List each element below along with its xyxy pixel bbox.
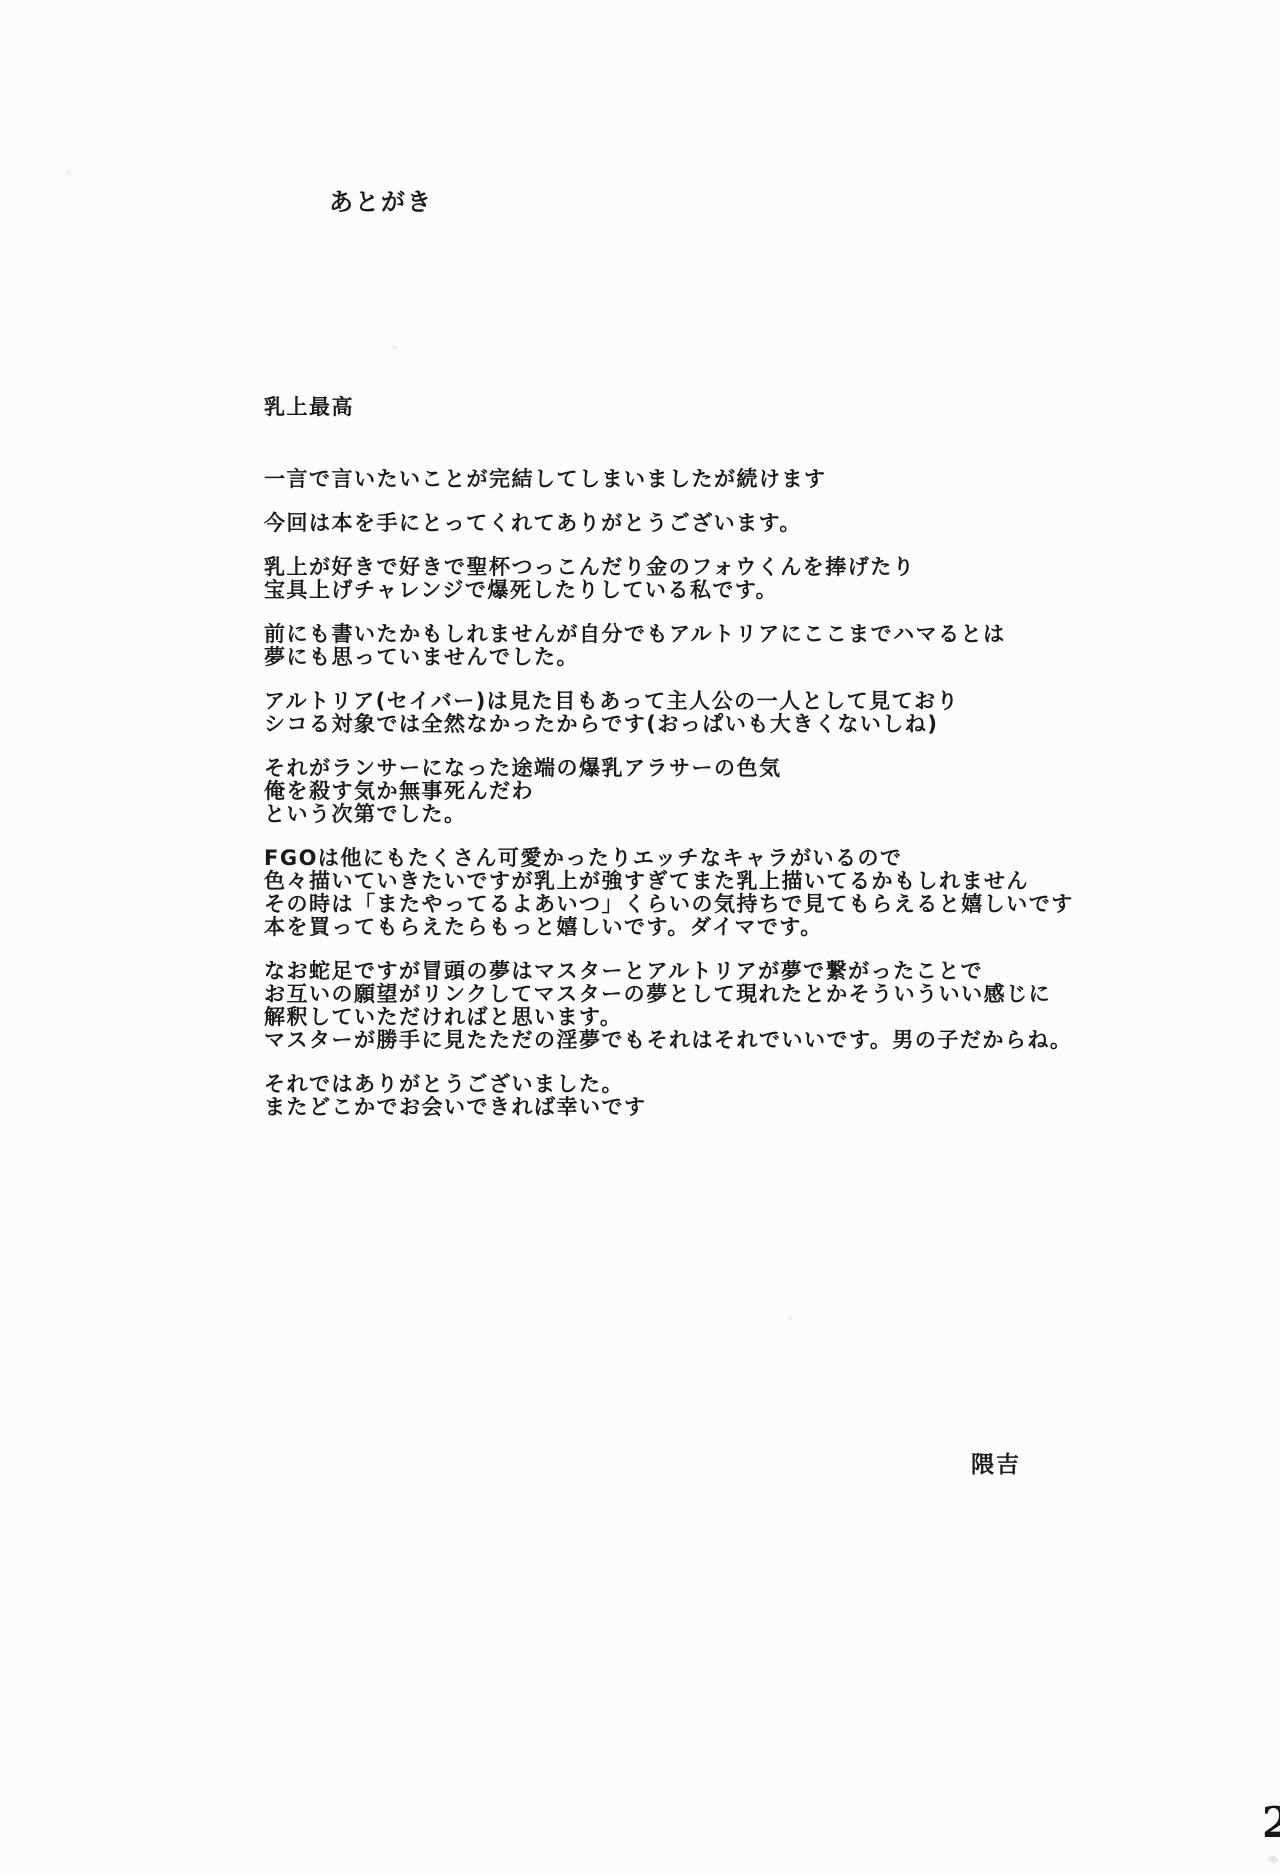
paragraph-line: FGOは他にもたくさん可愛かったりエッチなキャラがいるので (264, 847, 1124, 870)
paragraph-line: それではありがとうございました。 (264, 1073, 1124, 1096)
afterword-body: 乳上最高一言で言いたいことが完結してしまいましたが続けます今回は本を手にとってく… (264, 396, 1124, 1140)
paragraph: それではありがとうございました。またどこかでお会いできれば幸いです (264, 1073, 1124, 1119)
paragraph-line: お互いの願望がリンクしてマスターの夢として現れたとかそういういい感じに (264, 983, 1124, 1006)
paragraph-line: という次第でした。 (264, 803, 1124, 826)
page-number: 2 (1262, 1798, 1280, 1847)
paragraph-line: 俺を殺す気か無事死んだわ (264, 780, 1124, 803)
paragraph-line: それがランサーになった途端の爆乳アラサーの色気 (264, 757, 1124, 780)
paragraph-line: その時は「またやってるよあいつ」くらいの気持ちで見てもらえると嬉しいです (264, 893, 1124, 916)
paragraph-line: 夢にも思っていませんでした。 (264, 646, 1124, 669)
paragraph: FGOは他にもたくさん可愛かったりエッチなキャラがいるので色々描いていきたいです… (264, 847, 1124, 939)
author-signature: 隈吉 (971, 1446, 1021, 1479)
paragraph-line: 乳上最高 (264, 396, 1124, 419)
paragraph-line: アルトリア(セイバー)は見た目もあって主人公の一人として見ており (264, 690, 1124, 713)
paragraph: 今回は本を手にとってくれてありがとうございます。 (264, 512, 1124, 535)
paragraph: 乳上が好きで好きで聖杯つっこんだり金のフォウくんを捧げたり宝具上げチャレンジで爆… (264, 556, 1124, 602)
scan-speck (66, 170, 72, 176)
paragraph-line: 解釈していただければと思います。 (264, 1006, 1124, 1029)
paragraph-line: 宝具上げチャレンジで爆死したりしている私です。 (264, 579, 1124, 602)
paragraph-line: またどこかでお会いできれば幸いです (264, 1096, 1124, 1119)
paragraph-line: 前にも書いたかもしれませんが自分でもアルトリアにここまでハマるとは (264, 623, 1124, 646)
page-title: あとがき (329, 182, 433, 217)
paragraph: 乳上最高 (264, 396, 1124, 419)
paragraph-line: 一言で言いたいことが完結してしまいましたが続けます (264, 468, 1124, 491)
paragraph: なお蛇足ですが冒頭の夢はマスターとアルトリアが夢で繋がったことでお互いの願望がリ… (264, 960, 1124, 1052)
paragraph: 前にも書いたかもしれませんが自分でもアルトリアにここまでハマるとは夢にも思ってい… (264, 623, 1124, 669)
paragraph-line: 今回は本を手にとってくれてありがとうございます。 (264, 512, 1124, 535)
paragraph-line: マスターが勝手に見たただの淫夢でもそれはそれでいいです。男の子だからね。 (264, 1029, 1124, 1052)
paragraph-line: シコる対象では全然なかったからです(おっぱいも大きくないしね) (264, 713, 1124, 736)
afterword-page: あとがき 乳上最高一言で言いたいことが完結してしまいましたが続けます今回は本を手… (0, 0, 1280, 1873)
paragraph-line: 色々描いていきたいですが乳上が強すぎてまた乳上描いてるかもしれません (264, 870, 1124, 893)
paragraph-line: 乳上が好きで好きで聖杯つっこんだり金のフォウくんを捧げたり (264, 556, 1124, 579)
paragraph: アルトリア(セイバー)は見た目もあって主人公の一人として見ておりシコる対象では全… (264, 690, 1124, 736)
paragraph-line: なお蛇足ですが冒頭の夢はマスターとアルトリアが夢で繋がったことで (264, 960, 1124, 983)
scan-speck (1268, 1856, 1278, 1863)
scan-speck (788, 1316, 793, 1320)
scan-speck (392, 345, 397, 350)
paragraph: 一言で言いたいことが完結してしまいましたが続けます (264, 468, 1124, 491)
paragraph: それがランサーになった途端の爆乳アラサーの色気俺を殺す気か無事死んだわという次第… (264, 757, 1124, 826)
paragraph-line: 本を買ってもらえたらもっと嬉しいです。ダイマです。 (264, 916, 1124, 939)
